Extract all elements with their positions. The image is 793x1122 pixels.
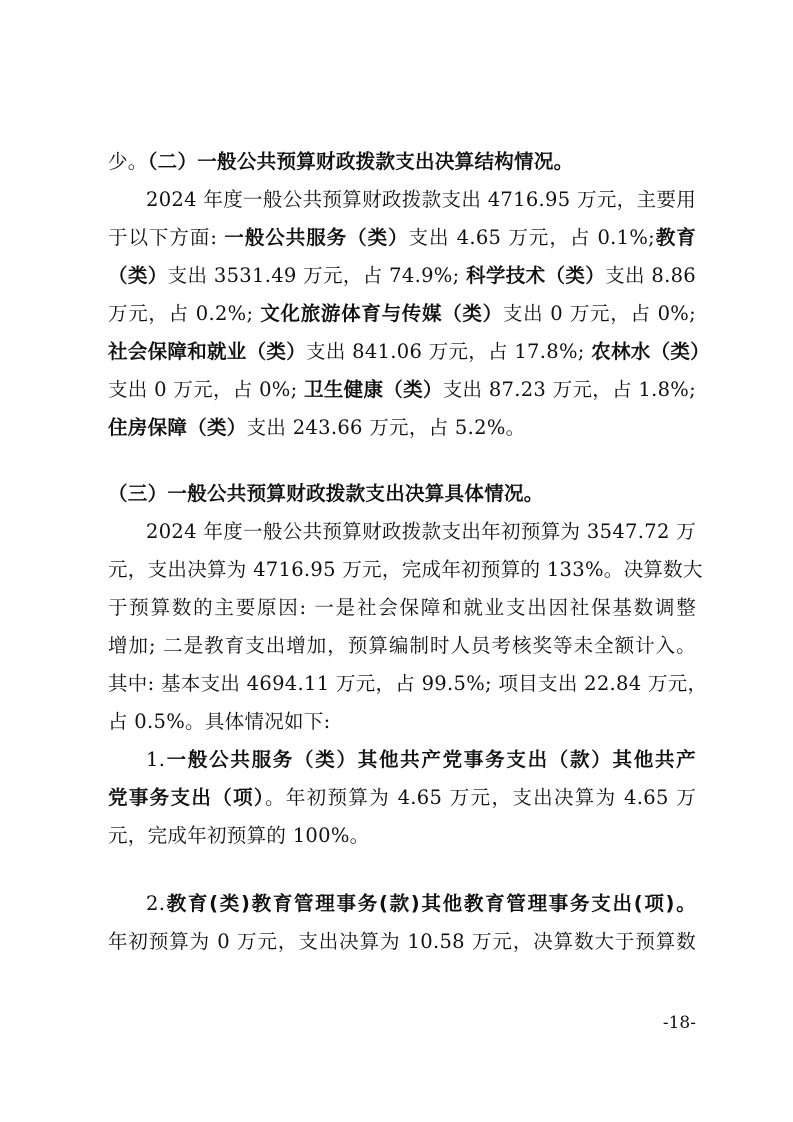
- text-line: 元，完成年初预算的 100%。: [108, 824, 696, 848]
- text-line: （类）支出 3531.49 万元，占 74.9%; 科学技术（类）支出 8.86: [108, 264, 696, 288]
- bold-text: 文化旅游体育与传媒（类）: [260, 302, 503, 325]
- bold-text: 党事务支出（项）: [108, 786, 265, 809]
- bold-text: 科学技术（类）: [466, 264, 605, 287]
- text: 占 0.5%。具体情况如下:: [108, 710, 331, 733]
- text: 1.: [146, 748, 165, 771]
- text-line: 党事务支出（项）。年初预算为 4.65 万元，支出决算为 4.65 万: [108, 786, 696, 810]
- text: 其中: 基本支出 4694.11 万元，占 99.5%; 项目支出 22.84 …: [108, 672, 707, 695]
- text: 2024 年度一般公共预算财政拨款支出年初预算为 3547.72 万: [146, 520, 696, 543]
- text: 支出 841.06 万元，占 17.8%;: [306, 340, 591, 363]
- text: 元，完成年初预算的 100%。: [108, 824, 369, 847]
- text: 支出 8.86: [605, 264, 696, 287]
- text-line: 增加; 二是教育支出增加，预算编制时人员考核奖等未全额计入。: [108, 634, 696, 658]
- bold-text: 卫生健康（类）: [304, 378, 443, 401]
- text: 支出 243.66 万元，占 5.2%。: [247, 416, 526, 439]
- bold-text: 一般公共服务（类）其他共产党事务支出（款）其他共产: [165, 748, 696, 771]
- bold-text: 社会保障和就业（类）: [108, 340, 306, 363]
- text: 支出 0 万元，占 0%;: [503, 302, 696, 325]
- bold-text: 农林水（类）: [591, 340, 710, 363]
- text: 万元，占 0.2%;: [108, 302, 260, 325]
- text-line: 万元，占 0.2%; 文化旅游体育与传媒（类）支出 0 万元，占 0%;: [108, 302, 696, 326]
- bold-text: （类）: [108, 264, 168, 287]
- text: 于预算数的主要原因: 一是社会保障和就业支出因社保基数调整: [108, 596, 696, 619]
- text-line: 占 0.5%。具体情况如下:: [108, 710, 696, 734]
- bold-text: 教育: [655, 226, 696, 249]
- text-line: 住房保障（类）支出 243.66 万元，占 5.2%。: [108, 416, 696, 440]
- bold-text: 一般公共服务（类）: [224, 226, 408, 249]
- text-line: 年初预算为 0 万元，支出决算为 10.58 万元，决算数大于预算数: [108, 930, 696, 954]
- text-line: 少。（二）一般公共预算财政拨款支出决算结构情况。: [108, 150, 696, 174]
- text: 2.: [146, 892, 165, 915]
- text: 支出 0 万元，占 0%;: [108, 378, 304, 401]
- text-line: 2.教育(类)教育管理事务(款)其他教育管理事务支出(项)。: [146, 892, 696, 916]
- bold-text: （三）一般公共预算财政拨款支出决算具体情况。: [108, 482, 544, 505]
- text: 增加; 二是教育支出增加，预算编制时人员考核奖等未全额计入。: [108, 634, 696, 657]
- page-number: -18-: [663, 1013, 696, 1033]
- text-line: 1.一般公共服务（类）其他共产党事务支出（款）其他共产: [146, 748, 696, 772]
- text: 年初预算为 0 万元，支出决算为 10.58 万元，决算数大于预算数: [108, 930, 696, 953]
- text-line: 于以下方面: 一般公共服务（类）支出 4.65 万元，占 0.1%;教育: [108, 226, 696, 250]
- text: 2024 年度一般公共预算财政拨款支出 4716.95 万元，主要用: [146, 188, 696, 211]
- text-line: 2024 年度一般公共预算财政拨款支出 4716.95 万元，主要用: [146, 188, 696, 212]
- bold-text: 住房保障（类）: [108, 416, 247, 439]
- text: 少。: [108, 150, 148, 173]
- text: 于以下方面:: [108, 226, 224, 249]
- bold-text: 教育(类)教育管理事务(款)其他教育管理事务支出(项)。: [165, 892, 696, 915]
- text: 支出 87.23 万元，占 1.8%;: [443, 378, 696, 401]
- text-line: 元，支出决算为 4716.95 万元，完成年初预算的 133%。决算数大: [108, 558, 696, 582]
- text-line: 2024 年度一般公共预算财政拨款支出年初预算为 3547.72 万: [146, 520, 696, 544]
- text-line: （三）一般公共预算财政拨款支出决算具体情况。: [108, 482, 696, 506]
- text: 支出 4.65 万元，占 0.1%;: [409, 226, 656, 249]
- text: 支出 3531.49 万元，占 74.9%;: [168, 264, 466, 287]
- text-line: 于预算数的主要原因: 一是社会保障和就业支出因社保基数调整: [108, 596, 696, 620]
- bold-text: （二）一般公共预算财政拨款支出决算结构情况。: [148, 150, 574, 173]
- text-line: 社会保障和就业（类）支出 841.06 万元，占 17.8%; 农林水（类）: [108, 340, 696, 364]
- text: 。年初预算为 4.65 万元，支出决算为 4.65 万: [265, 786, 696, 809]
- text-line: 支出 0 万元，占 0%; 卫生健康（类）支出 87.23 万元，占 1.8%;: [108, 378, 696, 402]
- text-line: 其中: 基本支出 4694.11 万元，占 99.5%; 项目支出 22.84 …: [108, 672, 696, 696]
- text: 元，支出决算为 4716.95 万元，完成年初预算的 133%。决算数大: [108, 558, 703, 581]
